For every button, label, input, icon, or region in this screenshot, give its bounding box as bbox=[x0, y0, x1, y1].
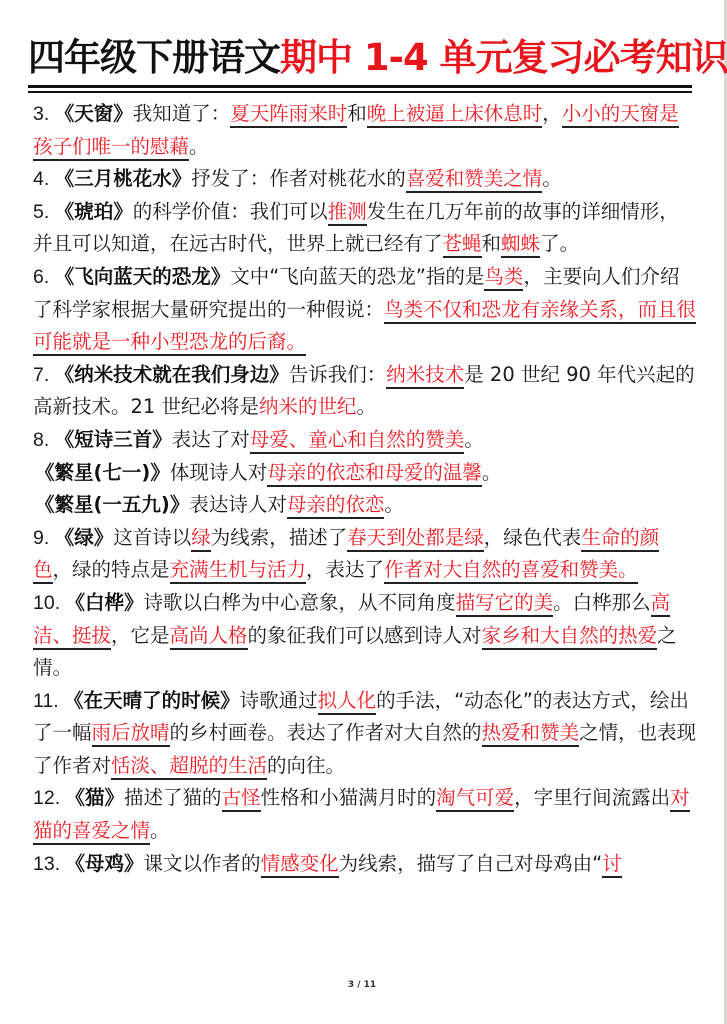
list-item: 8. 《短诗三首》表达了对母爱、童心和自然的赞美。 bbox=[33, 424, 698, 457]
body-text: 体现诗人对 bbox=[170, 461, 268, 484]
item-number: 11. bbox=[33, 690, 64, 712]
page-number: 3 / 11 bbox=[0, 980, 724, 990]
answer-highlight: 充满生机与活力 bbox=[170, 558, 307, 584]
body-text: 。 bbox=[357, 395, 377, 418]
answer-highlight: 苍蝇 bbox=[443, 232, 482, 258]
lesson-title: 《短诗三首》 bbox=[55, 428, 172, 451]
answer-highlight: 讨 bbox=[602, 852, 622, 878]
lesson-title: 《三月桃花水》 bbox=[55, 167, 192, 190]
item-number: 13. bbox=[33, 853, 66, 875]
body-text: ， bbox=[542, 102, 562, 125]
body-text: 。 bbox=[482, 461, 502, 484]
item-number: 4. bbox=[33, 168, 55, 190]
body-text: 表达诗人对 bbox=[189, 493, 287, 516]
answer-highlight: 绿 bbox=[191, 526, 211, 552]
knowledge-point-list: 3. 《天窗》我知道了：夏天阵雨来时和晚上被逼上床休息时，小小的天窗是孩子们唯一… bbox=[33, 98, 698, 880]
answer-highlight: 作者对大自然的喜爱和赞美。 bbox=[384, 558, 638, 584]
item-number: 6. bbox=[33, 266, 55, 288]
body-text: 的象征我们可以感到诗人对 bbox=[248, 624, 482, 647]
answer-highlight: 纳米技术 bbox=[386, 363, 464, 389]
body-text: ，它是 bbox=[111, 624, 170, 647]
body-text: 了。 bbox=[540, 232, 579, 255]
item-number: 7. bbox=[33, 364, 55, 386]
body-text: ，绿的特点是 bbox=[53, 558, 170, 581]
list-item: 《繁星(一五九)》表达诗人对母亲的依恋。 bbox=[33, 489, 698, 522]
list-item: 10. 《白桦》诗歌以白桦为中心意象，从不同角度描写它的美。白桦那么高洁、挺拔，… bbox=[33, 587, 698, 685]
list-item: 《繁星(七一)》体现诗人对母亲的依恋和母爱的温馨。 bbox=[33, 457, 698, 490]
body-text: 性格和小猫满月时的 bbox=[261, 786, 437, 809]
body-text: 。 bbox=[384, 493, 404, 516]
body-text: 表达了对 bbox=[172, 428, 250, 451]
answer-highlight: 推测 bbox=[328, 200, 367, 226]
answer-highlight: 高尚人格 bbox=[170, 624, 248, 650]
answer-highlight: 家乡和大自然的热爱 bbox=[482, 624, 658, 650]
answer-highlight: 描写它的美 bbox=[456, 591, 554, 617]
answer-highlight: 母爱、童心和自然的赞美 bbox=[250, 428, 465, 454]
lesson-title: 《绿》 bbox=[55, 526, 114, 549]
title-black-part: 四年级下册语文 bbox=[28, 36, 280, 79]
list-item: 4. 《三月桃花水》抒发了：作者对桃花水的喜爱和赞美之情。 bbox=[33, 163, 698, 196]
title-red-part: 期中 1-4 单元复习必考知识点 bbox=[280, 36, 727, 79]
body-text: ，表达了 bbox=[306, 558, 384, 581]
body-text: 的乡村画卷。表达了作者对大自然的 bbox=[170, 721, 482, 744]
lesson-title: 《天窗》 bbox=[55, 102, 133, 125]
list-item: 9. 《绿》这首诗以绿为线索，描述了春天到处都是绿，绿色代表生命的颜色，绿的特点… bbox=[33, 522, 698, 587]
lesson-title: 《猫》 bbox=[66, 786, 125, 809]
lesson-title: 《琥珀》 bbox=[55, 200, 133, 223]
body-text: 。 bbox=[464, 428, 484, 451]
lesson-title: 《母鸡》 bbox=[66, 852, 144, 875]
title-double-rule bbox=[28, 85, 692, 94]
list-item: 5. 《琥珀》的科学价值：我们可以推测发生在几万年前的故事的详细情形，并且可以知… bbox=[33, 196, 698, 261]
body-text: 告诉我们： bbox=[289, 363, 387, 386]
answer-highlight: 春天到处都是绿 bbox=[347, 526, 484, 552]
body-text: 抒发了：作者对桃花水的 bbox=[191, 167, 406, 190]
body-text: 这首诗以 bbox=[113, 526, 191, 549]
body-text: 文中“飞向蓝天的恐龙”指的是 bbox=[230, 265, 484, 288]
list-item: 13. 《母鸡》课文以作者的情感变化为线索，描写了自己对母鸡由“讨 bbox=[33, 848, 698, 881]
body-text: 诗歌以白桦为中心意象，从不同角度 bbox=[144, 591, 456, 614]
page-title: 四年级下册语文期中 1-4 单元复习必考知识点 bbox=[28, 36, 692, 80]
lesson-title: 《在天晴了的时候》 bbox=[64, 689, 240, 712]
answer-highlight: 鸟类 bbox=[484, 265, 523, 291]
body-text: 。 bbox=[150, 819, 170, 842]
rule-thick-line bbox=[28, 85, 692, 88]
item-number: 12. bbox=[33, 787, 66, 809]
body-text: 的向往。 bbox=[267, 754, 345, 777]
list-item: 3. 《天窗》我知道了：夏天阵雨来时和晚上被逼上床休息时，小小的天窗是孩子们唯一… bbox=[33, 98, 698, 163]
item-number: 8. bbox=[33, 429, 55, 451]
item-number: 10. bbox=[33, 592, 66, 614]
body-text: 为线索，描述了 bbox=[211, 526, 348, 549]
answer-highlight: 晚上被逼上床休息时 bbox=[367, 102, 543, 128]
answer-highlight: 淘气可爱 bbox=[436, 786, 514, 812]
body-text: 为线索，描写了自己对母鸡由“ bbox=[339, 852, 603, 875]
lesson-title: 《飞向蓝天的恐龙》 bbox=[55, 265, 231, 288]
answer-highlight: 喜爱和赞美之情 bbox=[406, 167, 543, 193]
list-item: 12. 《猫》描述了猫的古怪性格和小猫满月时的淘气可爱，字里行间流露出对猫的喜爱… bbox=[33, 782, 698, 847]
body-text: 。白桦那么 bbox=[553, 591, 651, 614]
body-text: 和 bbox=[482, 232, 502, 255]
answer-highlight: 夏天阵雨来时 bbox=[230, 102, 347, 128]
item-number: 9. bbox=[33, 527, 55, 549]
body-text: 。 bbox=[542, 167, 562, 190]
lesson-title: 《白桦》 bbox=[66, 591, 144, 614]
lesson-title: 《纳米技术就在我们身边》 bbox=[55, 363, 289, 386]
lesson-title: 《繁星(七一)》 bbox=[35, 461, 170, 484]
answer-highlight: 恬淡、超脱的生活 bbox=[111, 754, 267, 780]
body-text: 课文以作者的 bbox=[144, 852, 261, 875]
body-text: ，字里行间流露出 bbox=[514, 786, 670, 809]
body-text: 。 bbox=[189, 135, 209, 158]
document-page: 四年级下册语文期中 1-4 单元复习必考知识点 3. 《天窗》我知道了：夏天阵雨… bbox=[0, 0, 727, 1024]
answer-highlight: 母亲的依恋和母爱的温馨 bbox=[267, 461, 482, 487]
body-text: ，绿色代表 bbox=[484, 526, 582, 549]
body-text: 诗歌通过 bbox=[240, 689, 318, 712]
list-item: 6. 《飞向蓝天的恐龙》文中“飞向蓝天的恐龙”指的是鸟类，主要向人们介绍了科学家… bbox=[33, 261, 698, 359]
answer-highlight: 蜘蛛 bbox=[501, 232, 540, 258]
answer-highlight: 拟人化 bbox=[318, 689, 377, 715]
answer-highlight: 雨后放晴 bbox=[92, 721, 170, 747]
body-text: 的科学价值：我们可以 bbox=[133, 200, 328, 223]
item-number: 5. bbox=[33, 201, 55, 223]
body-text: 和 bbox=[347, 102, 367, 125]
lesson-title: 《繁星(一五九)》 bbox=[35, 493, 189, 516]
answer-highlight: 母亲的依恋 bbox=[287, 493, 385, 519]
answer-highlight: 古怪 bbox=[222, 786, 261, 812]
list-item: 7. 《纳米技术就在我们身边》告诉我们：纳米技术是 20 世纪 90 年代兴起的… bbox=[33, 359, 698, 424]
rule-thin-line bbox=[28, 91, 692, 93]
item-number: 3. bbox=[33, 103, 55, 125]
answer-text: 纳米的世纪 bbox=[259, 395, 357, 418]
body-text: 描述了猫的 bbox=[124, 786, 222, 809]
list-item: 11. 《在天晴了的时候》诗歌通过拟人化的手法，“动态化”的表达方式，绘出了一幅… bbox=[33, 685, 698, 783]
answer-highlight: 热爱和赞美 bbox=[482, 721, 580, 747]
answer-highlight: 情感变化 bbox=[261, 852, 339, 878]
body-text: 我知道了： bbox=[133, 102, 231, 125]
